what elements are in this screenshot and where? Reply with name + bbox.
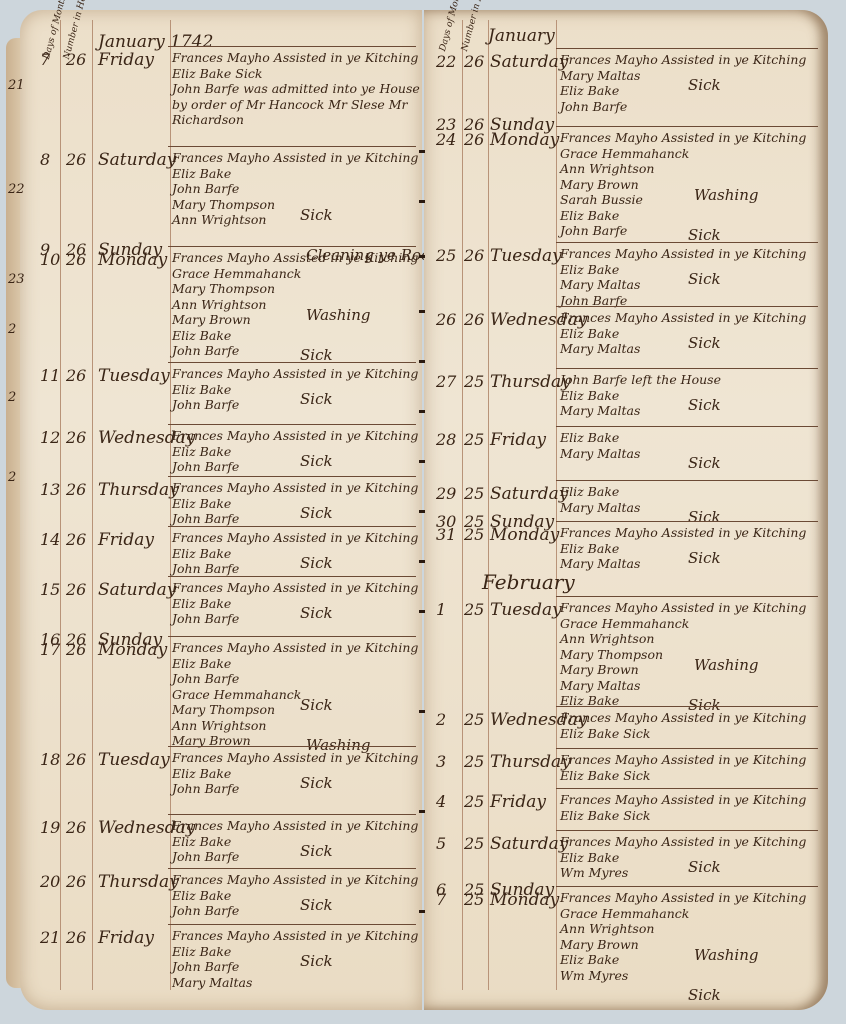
entry-line: Eliz Bake: [172, 834, 231, 850]
binding-stitch: [419, 150, 425, 153]
entry-line: Frances Mayho Assisted in ye Kitching: [172, 818, 418, 834]
entry-divider-rule: [556, 126, 818, 127]
entry-divider-rule: [168, 526, 416, 527]
entry-house-count: 26: [464, 130, 484, 149]
entry-line: Ann Wrightson: [172, 718, 266, 734]
entry-date: 29: [436, 484, 456, 503]
entry-date: 13: [40, 480, 60, 499]
brace-note: Sick: [300, 206, 333, 224]
brace-note: Sick: [688, 986, 721, 1004]
entry-line: Eliz Bake: [560, 388, 619, 404]
entry-weekday: Thursday: [98, 480, 179, 500]
brace-note: Sick: [300, 774, 333, 792]
underlying-page-number: 2: [8, 322, 16, 337]
entry-line: Frances Mayho Assisted in ye Kitching: [172, 530, 418, 546]
entry-weekday: Monday: [98, 640, 167, 660]
underlying-page-number: 2: [8, 470, 16, 485]
entry-divider-rule: [168, 476, 416, 477]
entry-weekday: Tuesday: [98, 750, 170, 770]
entry-line: Mary Thompson: [172, 702, 275, 718]
brace-note: Sick: [688, 334, 721, 352]
entry-line: Mary Maltas: [560, 277, 640, 293]
entry-line: Mary Brown: [172, 312, 251, 328]
brace-note: Sick: [300, 604, 333, 622]
entry-divider-rule: [168, 362, 416, 363]
entry-date: 21: [40, 928, 60, 947]
entry-line: Eliz Bake: [560, 952, 619, 968]
entry-house-count: 26: [66, 366, 86, 385]
entry-line: Mary Maltas: [560, 446, 640, 462]
entry-line: Frances Mayho Assisted in ye Kitching: [560, 890, 806, 906]
brace-note: Sick: [688, 226, 721, 244]
entry-line: Eliz Bake Sick: [560, 726, 650, 742]
entry-divider-rule: [556, 830, 818, 831]
entry-weekday: Saturday: [490, 52, 568, 72]
entry-date: 4: [436, 792, 446, 811]
binding-stitch: [419, 810, 425, 813]
entry-divider-rule: [556, 788, 818, 789]
brace-note: Washing: [306, 306, 370, 324]
entry-divider-rule: [168, 46, 416, 47]
entry-line: Mary Brown: [560, 937, 639, 953]
entry-line: Frances Mayho Assisted in ye Kitching: [560, 310, 806, 326]
entry-date: 10: [40, 250, 60, 269]
entry-house-count: 26: [464, 310, 484, 329]
entry-house-count: 26: [464, 52, 484, 71]
entry-line: Mary Maltas: [560, 500, 640, 516]
brace-note: Sick: [300, 346, 333, 364]
entry-line: Ann Wrightson: [172, 212, 266, 228]
entry-line: Frances Mayho Assisted in ye Kitching: [560, 792, 806, 808]
entry-date: 7: [436, 890, 446, 909]
entry-line: Mary Thompson: [172, 281, 275, 297]
entry-line: Eliz Bake: [172, 382, 231, 398]
entry-line: Eliz Bake: [560, 850, 619, 866]
binding-stitch: [419, 610, 425, 613]
entry-date: 18: [40, 750, 60, 769]
brace-note: Sick: [300, 896, 333, 914]
entry-line: Frances Mayho Assisted in ye Kitching: [172, 366, 418, 382]
entry-house-count: 25: [464, 890, 484, 909]
brace-note: Sick: [688, 396, 721, 414]
binding-stitch: [419, 710, 425, 713]
binding-stitch: [419, 310, 425, 313]
entry-line: Grace Hemmahanck: [172, 687, 301, 703]
entry-date: 31: [436, 525, 456, 544]
entry-house-count: 25: [464, 525, 484, 544]
entry-line: Mary Thompson: [560, 647, 663, 663]
entry-divider-rule: [168, 814, 416, 815]
entry-weekday: Monday: [490, 890, 559, 910]
entry-line: Eliz Bake Sick: [172, 66, 262, 82]
entry-date: 15: [40, 580, 60, 599]
entry-house-count: 25: [464, 752, 484, 771]
entry-line: Grace Hemmahanck: [560, 906, 689, 922]
entry-line: Frances Mayho Assisted in ye Kitching: [172, 150, 418, 166]
brace-note: Sick: [300, 452, 333, 470]
entry-weekday: Tuesday: [490, 600, 562, 620]
binding-stitch: [419, 410, 425, 413]
underlying-page-number: 23: [8, 272, 25, 287]
entry-line: Mary Thompson: [172, 197, 275, 213]
entry-line: Ann Wrightson: [560, 921, 654, 937]
entry-weekday: Tuesday: [98, 366, 170, 386]
brace-note: Sick: [300, 952, 333, 970]
brace-note: Sick: [300, 504, 333, 522]
entry-line: John Barfe: [172, 181, 239, 197]
entry-line: Eliz Bake: [172, 596, 231, 612]
entry-line: John Barfe: [172, 611, 239, 627]
entry-line: Frances Mayho Assisted in ye Kitching: [172, 50, 418, 66]
entry-divider-rule: [168, 924, 416, 925]
entry-divider-rule: [556, 706, 818, 707]
entry-line: Frances Mayho Assisted in ye Kitching: [172, 250, 418, 266]
entry-divider-rule: [168, 246, 416, 247]
entry-divider-rule: [556, 480, 818, 481]
entry-date: 14: [40, 530, 60, 549]
entry-house-count: 25: [464, 710, 484, 729]
entry-weekday: Friday: [98, 928, 154, 948]
entry-line: Wm Myres: [560, 865, 628, 881]
brace-note: Sick: [688, 858, 721, 876]
entry-line: Eliz Bake Sick: [560, 768, 650, 784]
entry-date: 28: [436, 430, 456, 449]
entry-line: Ann Wrightson: [560, 631, 654, 647]
entry-house-count: 25: [464, 430, 484, 449]
entry-house-count: 26: [66, 640, 86, 659]
entry-line: Eliz Bake: [172, 496, 231, 512]
entry-line: Grace Hemmahanck: [172, 266, 301, 282]
page-heading: January 1742: [98, 32, 213, 52]
entry-line: Frances Mayho Assisted in ye Kitching: [172, 872, 418, 888]
entry-line: John Barfe: [172, 903, 239, 919]
entry-house-count: 26: [66, 750, 86, 769]
entry-line: John Barfe left the House: [560, 372, 721, 388]
entry-line: Mary Maltas: [560, 68, 640, 84]
entry-line: Grace Hemmahanck: [560, 616, 689, 632]
brace-note: Sick: [688, 270, 721, 288]
entry-weekday: Thursday: [490, 372, 571, 392]
entry-weekday: Friday: [490, 430, 546, 450]
brace-note: Sick: [688, 76, 721, 94]
entry-line: John Barfe: [560, 99, 627, 115]
entry-line: Frances Mayho Assisted in ye Kitching: [560, 600, 806, 616]
brace-note: Washing: [694, 946, 758, 964]
entry-date: 19: [40, 818, 60, 837]
entry-divider-rule: [556, 48, 818, 49]
entry-house-count: 25: [464, 372, 484, 391]
entry-house-count: 26: [66, 580, 86, 599]
entry-weekday: Friday: [490, 792, 546, 812]
entry-weekday: Friday: [98, 50, 154, 70]
entry-house-count: 26: [66, 872, 86, 891]
entry-date: 8: [40, 150, 50, 169]
underlying-page-number: 22: [8, 182, 25, 197]
binding-stitch: [419, 255, 425, 258]
entry-line: John Barfe: [172, 781, 239, 797]
entry-line: Frances Mayho Assisted in ye Kitching: [560, 52, 806, 68]
entry-date: 11: [40, 366, 60, 385]
entry-line: Eliz Bake: [172, 444, 231, 460]
entry-date: 25: [436, 246, 456, 265]
left-page: Days of Month Number in House January 17…: [20, 10, 422, 1010]
entry-line: Frances Mayho Assisted in ye Kitching: [172, 640, 418, 656]
entry-house-count: 25: [464, 834, 484, 853]
entry-line: Eliz Bake: [172, 888, 231, 904]
month-heading: February: [482, 570, 575, 594]
entry-line: John Barfe: [172, 671, 239, 687]
entry-weekday: Thursday: [490, 752, 571, 772]
entry-divider-rule: [556, 521, 818, 522]
entry-date: 5: [436, 834, 446, 853]
entry-line: Eliz Bake: [172, 546, 231, 562]
entry-date: 22: [436, 52, 456, 71]
entry-weekday: Saturday: [490, 834, 568, 854]
entry-line: John Barfe: [172, 397, 239, 413]
entry-line: Wm Myres: [560, 968, 628, 984]
entry-line: Eliz Bake: [560, 83, 619, 99]
entry-line: Frances Mayho Assisted in ye Kitching: [560, 246, 806, 262]
binding-stitch: [419, 460, 425, 463]
entry-line: Mary Maltas: [560, 678, 640, 694]
entry-line: John Barfe: [172, 511, 239, 527]
rule-col-date: [60, 20, 61, 990]
entry-line: Mary Brown: [560, 662, 639, 678]
entry-date: 12: [40, 428, 60, 447]
entry-date: 7: [40, 50, 50, 69]
entry-house-count: 25: [464, 600, 484, 619]
rule-col-date: [462, 20, 463, 990]
entry-line: Frances Mayho Assisted in ye Kitching: [560, 130, 806, 146]
entry-divider-rule: [556, 242, 818, 243]
brace-note: Sick: [300, 696, 333, 714]
entry-house-count: 26: [66, 428, 86, 447]
entry-line: Mary Maltas: [560, 341, 640, 357]
entry-line: Frances Mayho Assisted in ye Kitching: [560, 752, 806, 768]
entry-house-count: 26: [66, 150, 86, 169]
open-ledger-book: Days of Month Number in House January 17…: [6, 10, 840, 1020]
entry-divider-rule: [168, 636, 416, 637]
entry-divider-rule: [556, 748, 818, 749]
entry-weekday: Thursday: [98, 872, 179, 892]
entry-line: Eliz Bake: [172, 944, 231, 960]
rule-col-count: [488, 20, 489, 990]
entry-weekday: Monday: [490, 525, 559, 545]
brace-note: Sick: [688, 549, 721, 567]
entry-divider-rule: [556, 368, 818, 369]
entry-house-count: 26: [66, 818, 86, 837]
brace-note: Sick: [688, 508, 721, 526]
entry-weekday: Saturday: [98, 150, 176, 170]
entry-line: John Barfe: [172, 459, 239, 475]
entry-date: 1: [436, 600, 446, 619]
underlying-page-number: 21: [8, 78, 25, 93]
entry-house-count: 26: [66, 530, 86, 549]
entry-line: Frances Mayho Assisted in ye Kitching: [172, 580, 418, 596]
entry-line: Frances Mayho Assisted in ye Kitching: [172, 750, 418, 766]
entry-weekday: Friday: [98, 530, 154, 550]
entry-line: John Barfe: [172, 343, 239, 359]
header-number-in-house: Number in House: [460, 0, 491, 53]
entry-divider-rule: [168, 146, 416, 147]
entry-line: John Barfe: [172, 959, 239, 975]
brace-note: Washing: [694, 186, 758, 204]
entry-line: Eliz Bake: [560, 326, 619, 342]
entry-house-count: 26: [66, 480, 86, 499]
entry-line: John Barfe was admitted into ye House: [172, 81, 420, 97]
entry-date: 20: [40, 872, 60, 891]
entry-house-count: 26: [66, 928, 86, 947]
entry-line: John Barfe: [172, 561, 239, 577]
entry-divider-rule: [168, 868, 416, 869]
entry-line: by order of Mr Hancock Mr Slese Mr: [172, 97, 408, 113]
brace-note: Sick: [300, 390, 333, 408]
entry-weekday: Saturday: [98, 580, 176, 600]
underlying-page-number: 2: [8, 390, 16, 405]
entry-divider-rule: [168, 746, 416, 747]
entry-date: 3: [436, 752, 446, 771]
entry-line: Eliz Bake: [172, 766, 231, 782]
entry-house-count: 25: [464, 484, 484, 503]
entry-line: Eliz Bake: [560, 484, 619, 500]
entry-line: Eliz Bake: [172, 166, 231, 182]
entry-divider-rule: [168, 424, 416, 425]
brace-note: Sick: [300, 842, 333, 860]
entry-line: Frances Mayho Assisted in ye Kitching: [560, 834, 806, 850]
entry-line: Eliz Bake Sick: [560, 808, 650, 824]
entry-divider-rule: [556, 596, 818, 597]
entry-line: Frances Mayho Assisted in ye Kitching: [172, 928, 418, 944]
entry-line: Ann Wrightson: [172, 297, 266, 313]
entry-line: John Barfe: [172, 849, 239, 865]
entry-line: Eliz Bake: [172, 656, 231, 672]
entry-divider-rule: [556, 426, 818, 427]
entry-line: Grace Hemmahanck: [560, 146, 689, 162]
entry-weekday: Tuesday: [490, 246, 562, 266]
rule-col-count: [92, 20, 93, 990]
entry-date: 2: [436, 710, 446, 729]
entry-house-count: 26: [66, 50, 86, 69]
entry-line: Eliz Bake: [560, 262, 619, 278]
page-heading: January: [488, 26, 555, 46]
entry-line: Ann Wrightson: [560, 161, 654, 177]
entry-divider-rule: [556, 306, 818, 307]
entry-line: Eliz Bake: [560, 208, 619, 224]
binding-stitch: [419, 510, 425, 513]
entry-line: Frances Mayho Assisted in ye Kitching: [560, 710, 806, 726]
entry-date: 24: [436, 130, 456, 149]
entry-house-count: 25: [464, 792, 484, 811]
right-page: Days of Month Number in House January 22…: [424, 10, 828, 1010]
entry-line: Eliz Bake: [172, 328, 231, 344]
entry-line: John Barfe: [560, 223, 627, 239]
entry-line: Frances Mayho Assisted in ye Kitching: [172, 480, 418, 496]
entry-divider-rule: [168, 576, 416, 577]
entry-divider-rule: [556, 886, 818, 887]
entry-line: Frances Mayho Assisted in ye Kitching: [172, 428, 418, 444]
entry-line: Frances Mayho Assisted in ye Kitching: [560, 525, 806, 541]
entry-line: Eliz Bake: [560, 430, 619, 446]
entry-date: 17: [40, 640, 60, 659]
entry-date: 26: [436, 310, 456, 329]
entry-line: Mary Maltas: [172, 975, 252, 991]
entry-line: Mary Brown: [560, 177, 639, 193]
binding-stitch: [419, 560, 425, 563]
entry-line: Sarah Bussie: [560, 192, 643, 208]
entry-line: Eliz Bake: [560, 541, 619, 557]
entry-weekday: Monday: [98, 250, 167, 270]
entry-house-count: 26: [464, 246, 484, 265]
entry-date: 27: [436, 372, 456, 391]
entry-weekday: Monday: [490, 130, 559, 150]
brace-note: Washing: [694, 656, 758, 674]
brace-note: Sick: [688, 454, 721, 472]
entry-line: Mary Maltas: [560, 403, 640, 419]
entry-weekday: Saturday: [490, 484, 568, 504]
binding-stitch: [419, 200, 425, 203]
entry-line: Richardson: [172, 112, 244, 128]
binding-stitch: [419, 360, 425, 363]
binding-stitch: [419, 910, 425, 913]
brace-note: Sick: [300, 554, 333, 572]
entry-house-count: 26: [66, 250, 86, 269]
